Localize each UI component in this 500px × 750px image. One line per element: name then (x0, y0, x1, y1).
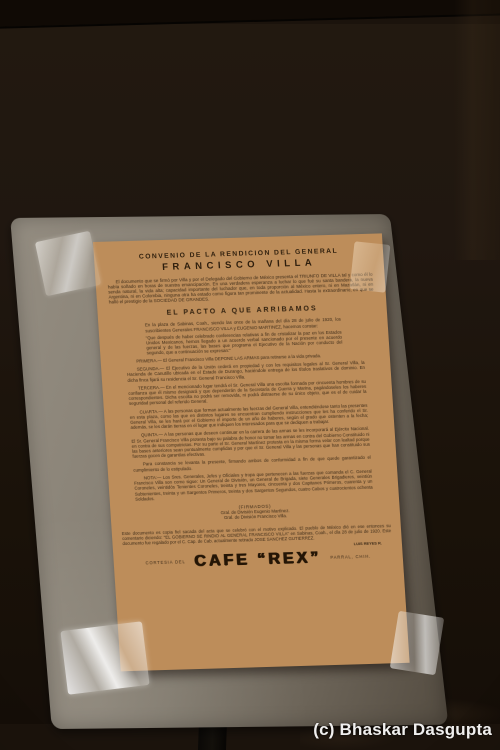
document-body: El documento que se firmó por Villa y po… (103, 272, 395, 573)
background-top-band (0, 0, 500, 27)
tape-bottom-left (60, 621, 149, 695)
tape-top-right (350, 241, 391, 293)
nota-paragraph: NOTA:— Los Sres. Generales, Jefes y Ofic… (134, 469, 374, 502)
footer-city-label: PARRAL, CHIH. (330, 554, 371, 560)
quote-paragraph: “Que después de haber celebrado conferen… (146, 329, 343, 355)
clause-paragraph: CUARTA.— A las personas que forman actua… (129, 403, 368, 431)
clauses-block: PRIMERA.— El General Francisco Villa DEP… (126, 352, 373, 502)
background-right-shadow (454, 0, 500, 260)
museum-photo-scene: CONVENIO DE LA RENDICION DEL GENERAL FRA… (0, 0, 500, 750)
clause-paragraph: QUINTA.— A las personas que deseen conti… (131, 426, 371, 459)
clause-paragraph: TERCERA.— En el mencionado lugar tendrá … (128, 379, 367, 407)
tape-bottom-right (390, 611, 445, 675)
intro-paragraph: El documento que se firmó por Villa y po… (107, 272, 374, 305)
footer-cortesia-label: CORTESIA DEL (145, 560, 185, 566)
footer-cafe-rex-logotype: CAFE “REX” (194, 549, 322, 571)
document-content: CONVENIO DE LA RENDICION DEL GENERAL FRA… (93, 233, 410, 671)
document-paper: CONVENIO DE LA RENDICION DEL GENERAL FRA… (93, 233, 410, 671)
tape-top-left (35, 231, 101, 296)
copyright-watermark: (c) Bhaskar Dasgupta (313, 720, 492, 740)
